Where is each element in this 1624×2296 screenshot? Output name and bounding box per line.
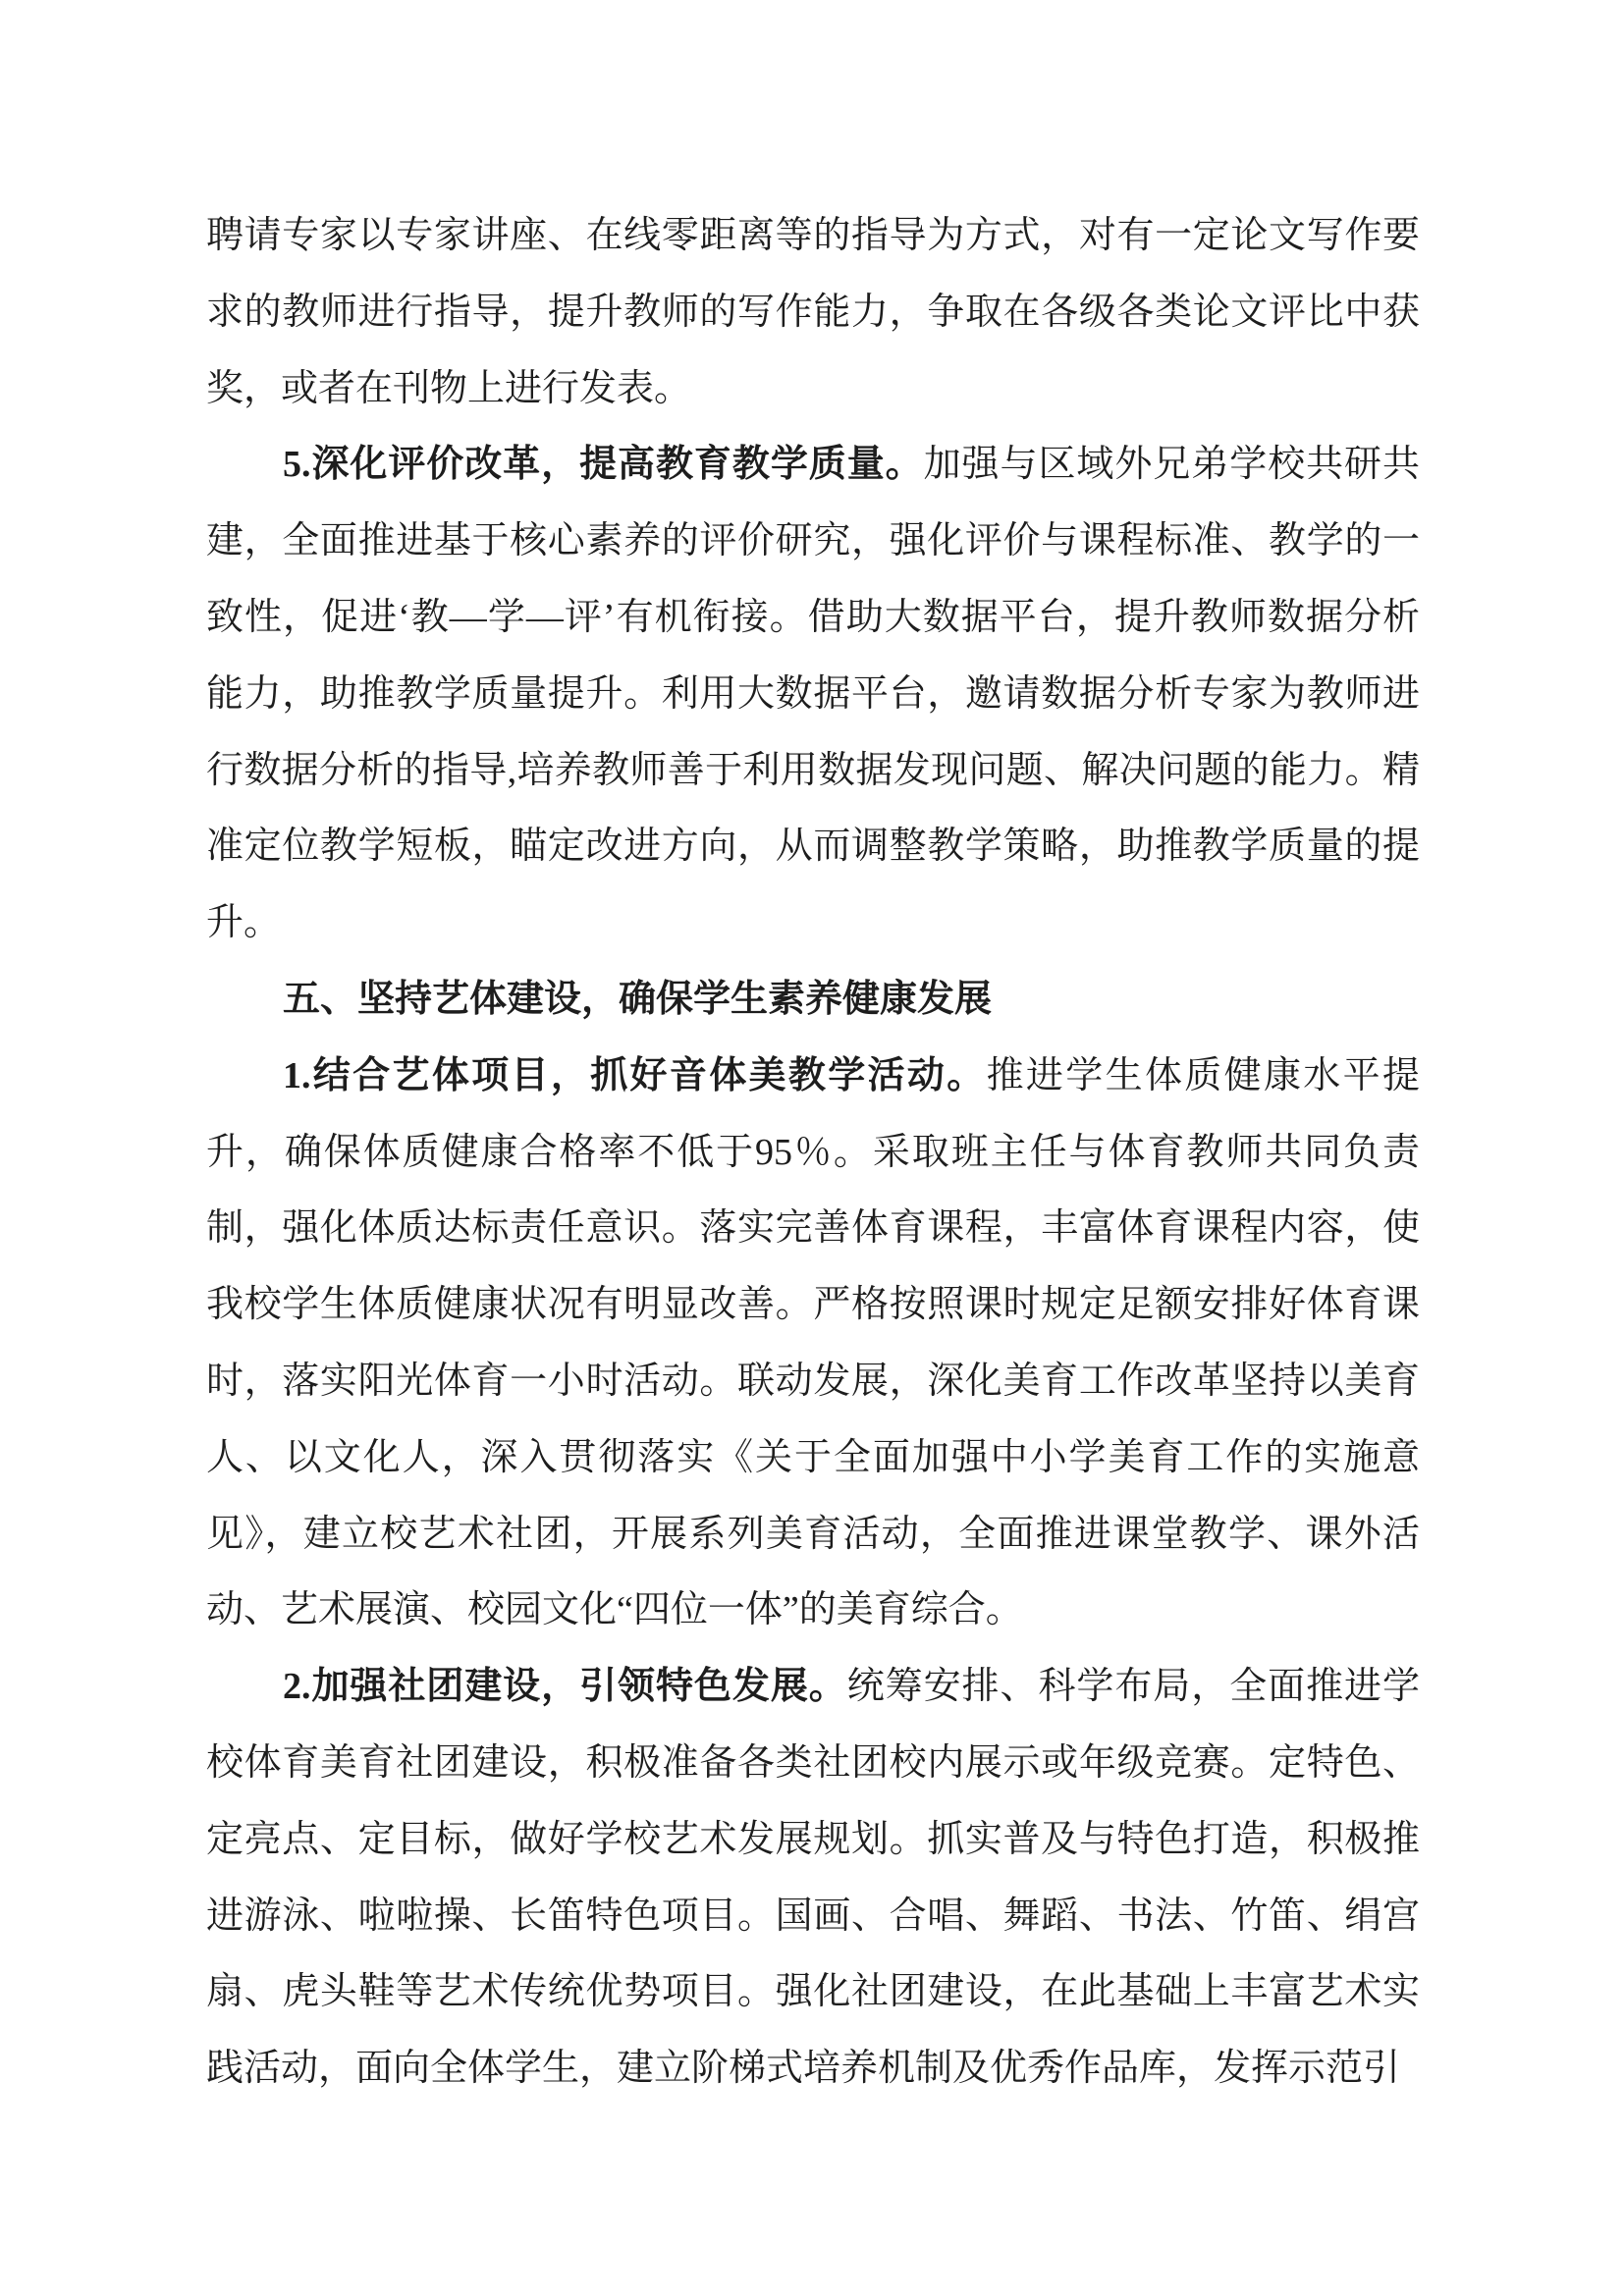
text-run: 加强与区域外兄弟学校共研共建，全面推进基于核心素养的评价研究，强化评价与课程标准… (206, 444, 1420, 943)
heading-text: 五、坚持艺体建设，确保学生素养健康发展 (283, 979, 992, 1020)
paragraph-point-2: 2.加强社团建设，引领特色发展。统筹安排、科学布局，全面推进学校体育美育社团建设… (206, 1649, 1420, 2108)
document-page: 聘请专家以专家讲座、在线零距离等的指导为方式，对有一定论文写作要求的教师进行指导… (0, 0, 1624, 2296)
paragraph-point-5: 5.深化评价改革，提高教育教学质量。加强与区域外兄弟学校共研共建，全面推进基于核… (206, 427, 1420, 962)
section-heading-five: 五、坚持艺体建设，确保学生素养健康发展 (206, 962, 1420, 1039)
paragraph-point-1: 1.结合艺体项目，抓好音体美教学活动。推进学生体质健康水平提升，确保体质健康合格… (206, 1039, 1420, 1649)
text-run-bold-lead: 1.结合艺体项目，抓好音体美教学活动。 (283, 1055, 987, 1096)
text-run: 推进学生体质健康水平提升，确保体质健康合格率不低于95％。采取班主任与体育教师共… (206, 1055, 1420, 1631)
paragraph-continuation: 聘请专家以专家讲座、在线零距离等的指导为方式，对有一定论文写作要求的教师进行指导… (206, 198, 1420, 427)
text-run: 统筹安排、科学布局，全面推进学校体育美育社团建设，积极准备各类社团校内展示或年级… (206, 1666, 1420, 2089)
text-run-bold-lead: 5.深化评价改革，提高教育教学质量。 (283, 444, 924, 485)
document-body: 聘请专家以专家讲座、在线零距离等的指导为方式，对有一定论文写作要求的教师进行指导… (206, 198, 1420, 2108)
text-run-bold-lead: 2.加强社团建设，引领特色发展。 (283, 1666, 847, 1707)
text-run: 聘请专家以专家讲座、在线零距离等的指导为方式，对有一定论文写作要求的教师进行指导… (206, 215, 1420, 409)
